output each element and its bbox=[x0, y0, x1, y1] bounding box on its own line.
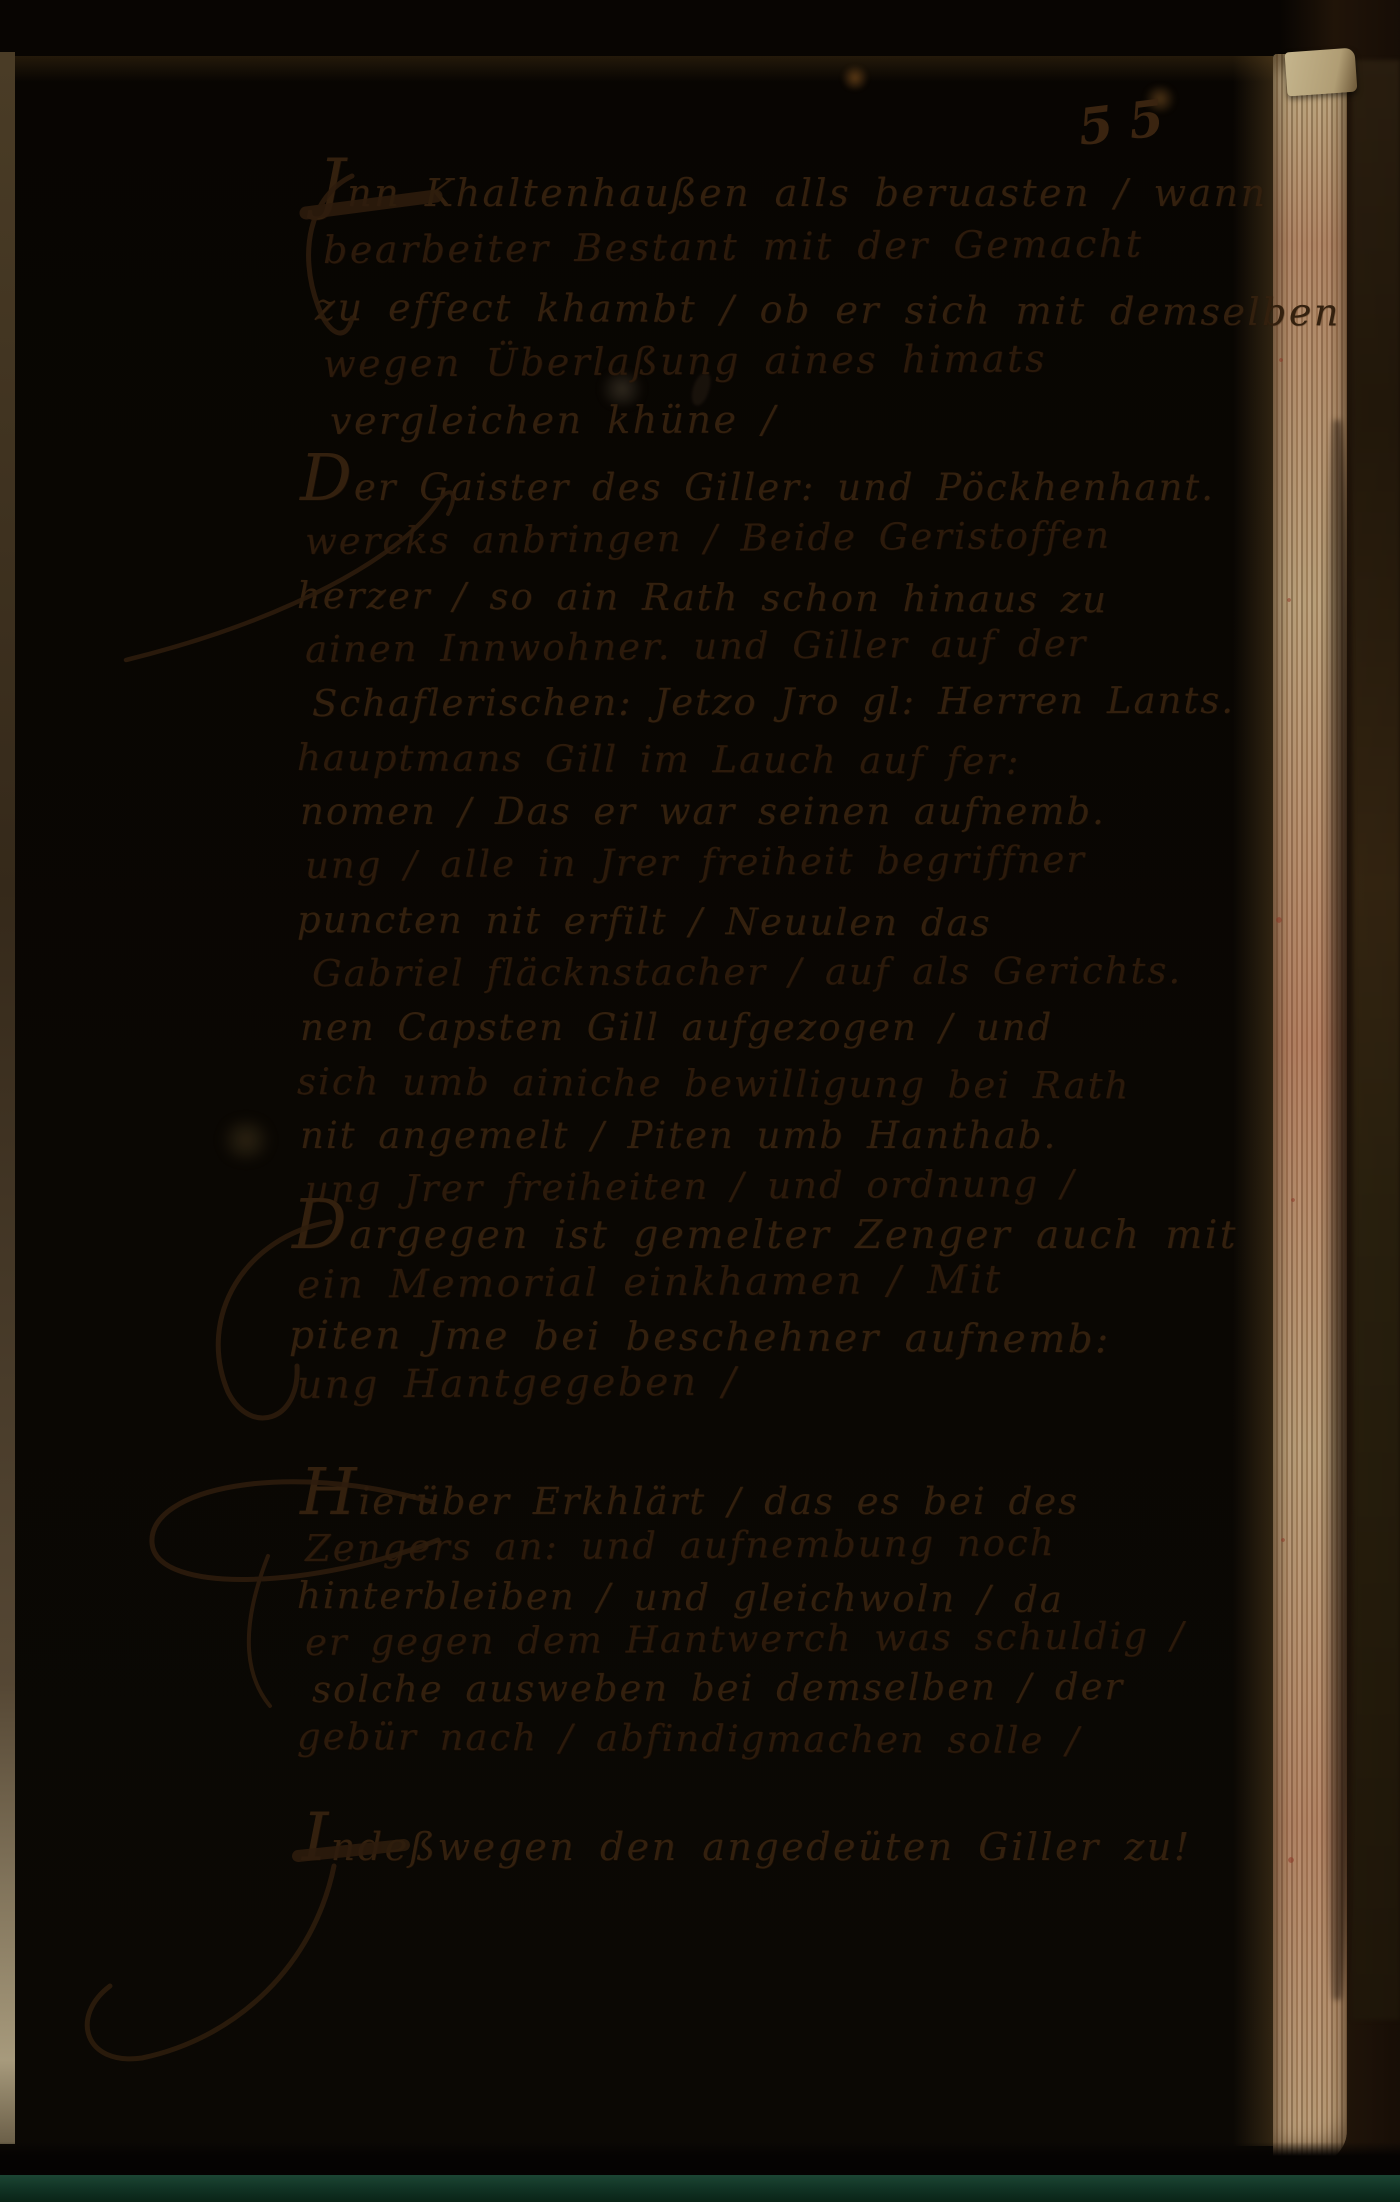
photo-of-manuscript: 55 Jnn Khaltenhaußen alls beruasten / wa… bbox=[0, 0, 1400, 2202]
paragraph-2: Der Gaister des Giller: und Pöckhenhant.… bbox=[300, 460, 1223, 1217]
handwritten-line: sich umb ainiche bewilligung bei Rath bbox=[297, 1055, 1220, 1114]
paragraph-3: Dargegen ist gemelter Zenger auch mit ei… bbox=[292, 1206, 1238, 1411]
handwritten-line: er gegen dem Hantwerch was schuldig / bbox=[305, 1612, 1186, 1666]
handwritten-line: ainen Innwohner. und Giller auf der bbox=[305, 616, 1228, 677]
handwritten-line: puncten nit erfilt / Neuulen das bbox=[297, 893, 1220, 952]
handwritten-line: Schaflerischen: Jetzo Jro gl: Herren Lan… bbox=[312, 674, 1235, 731]
handwritten-line: Zengers an: und aufnembung noch bbox=[305, 1518, 1186, 1572]
fore-edge-red-speckles bbox=[1273, 300, 1303, 2000]
paragraph-5: Indeßwegen den angedeüten Giller zu! bbox=[302, 1818, 1192, 1873]
handwritten-line: Indeßwegen den angedeüten Giller zu! bbox=[302, 1818, 1192, 1873]
handwritten-line: wegen Überlaßung aines himats bbox=[323, 328, 1349, 393]
paragraph-4: Hierüber Erkhlärt / das es bei des Zenge… bbox=[300, 1474, 1180, 1760]
handwritten-line: Gabriel fläcknstacher / auf als Gerichts… bbox=[312, 944, 1235, 1001]
paper-top-shading bbox=[15, 56, 1273, 82]
handwritten-line: wercks anbringen / Beide Geristoffen bbox=[305, 508, 1228, 569]
handwritten-line: bearbeiter Bestant mit der Gemacht bbox=[323, 214, 1349, 279]
handwritten-line: ung Hantgegeben / bbox=[297, 1354, 1243, 1411]
left-page-edge bbox=[0, 52, 15, 2144]
handwritten-line: Jnn Khaltenhaußen alls beruasten / wann bbox=[318, 164, 1344, 222]
paragraph-1: Jnn Khaltenhaußen alls beruasten / wann … bbox=[318, 164, 1344, 450]
handwritten-line: vergleichen khüne / bbox=[330, 389, 1356, 450]
handwritten-line: ung / alle in Jrer freiheit begriffner bbox=[305, 832, 1228, 893]
table-edge bbox=[0, 2175, 1400, 2202]
handwritten-line: nen Capsten Gill aufgezogen / und bbox=[300, 1001, 1223, 1055]
handwritten-line: Hierüber Erkhlärt / das es bei des bbox=[300, 1474, 1180, 1525]
folio-number: 55 bbox=[1075, 86, 1183, 157]
handwritten-line: solche ausweben bei demselben / der bbox=[312, 1663, 1192, 1713]
handwritten-line: nomen / Das er war seinen aufnemb. bbox=[300, 785, 1223, 839]
handwritten-line: Der Gaister des Giller: und Pöckhenhant. bbox=[300, 460, 1223, 515]
handwritten-line: Dargegen ist gemelter Zenger auch mit bbox=[292, 1206, 1238, 1261]
handwritten-line: nit angemelt / Piten umb Hanthab. bbox=[300, 1109, 1223, 1163]
handwritten-line: hauptmans Gill im Lauch auf fer: bbox=[297, 731, 1220, 790]
fore-edge-shadow-groove bbox=[1322, 420, 1352, 2000]
fore-edge-top-corner bbox=[1285, 48, 1358, 97]
handwritten-line: ein Memorial einkhamen / Mit bbox=[297, 1254, 1243, 1311]
book-cover-edge bbox=[1352, 60, 1400, 2020]
handwritten-line: gebür nach / abfindigmachen solle / bbox=[297, 1713, 1177, 1765]
